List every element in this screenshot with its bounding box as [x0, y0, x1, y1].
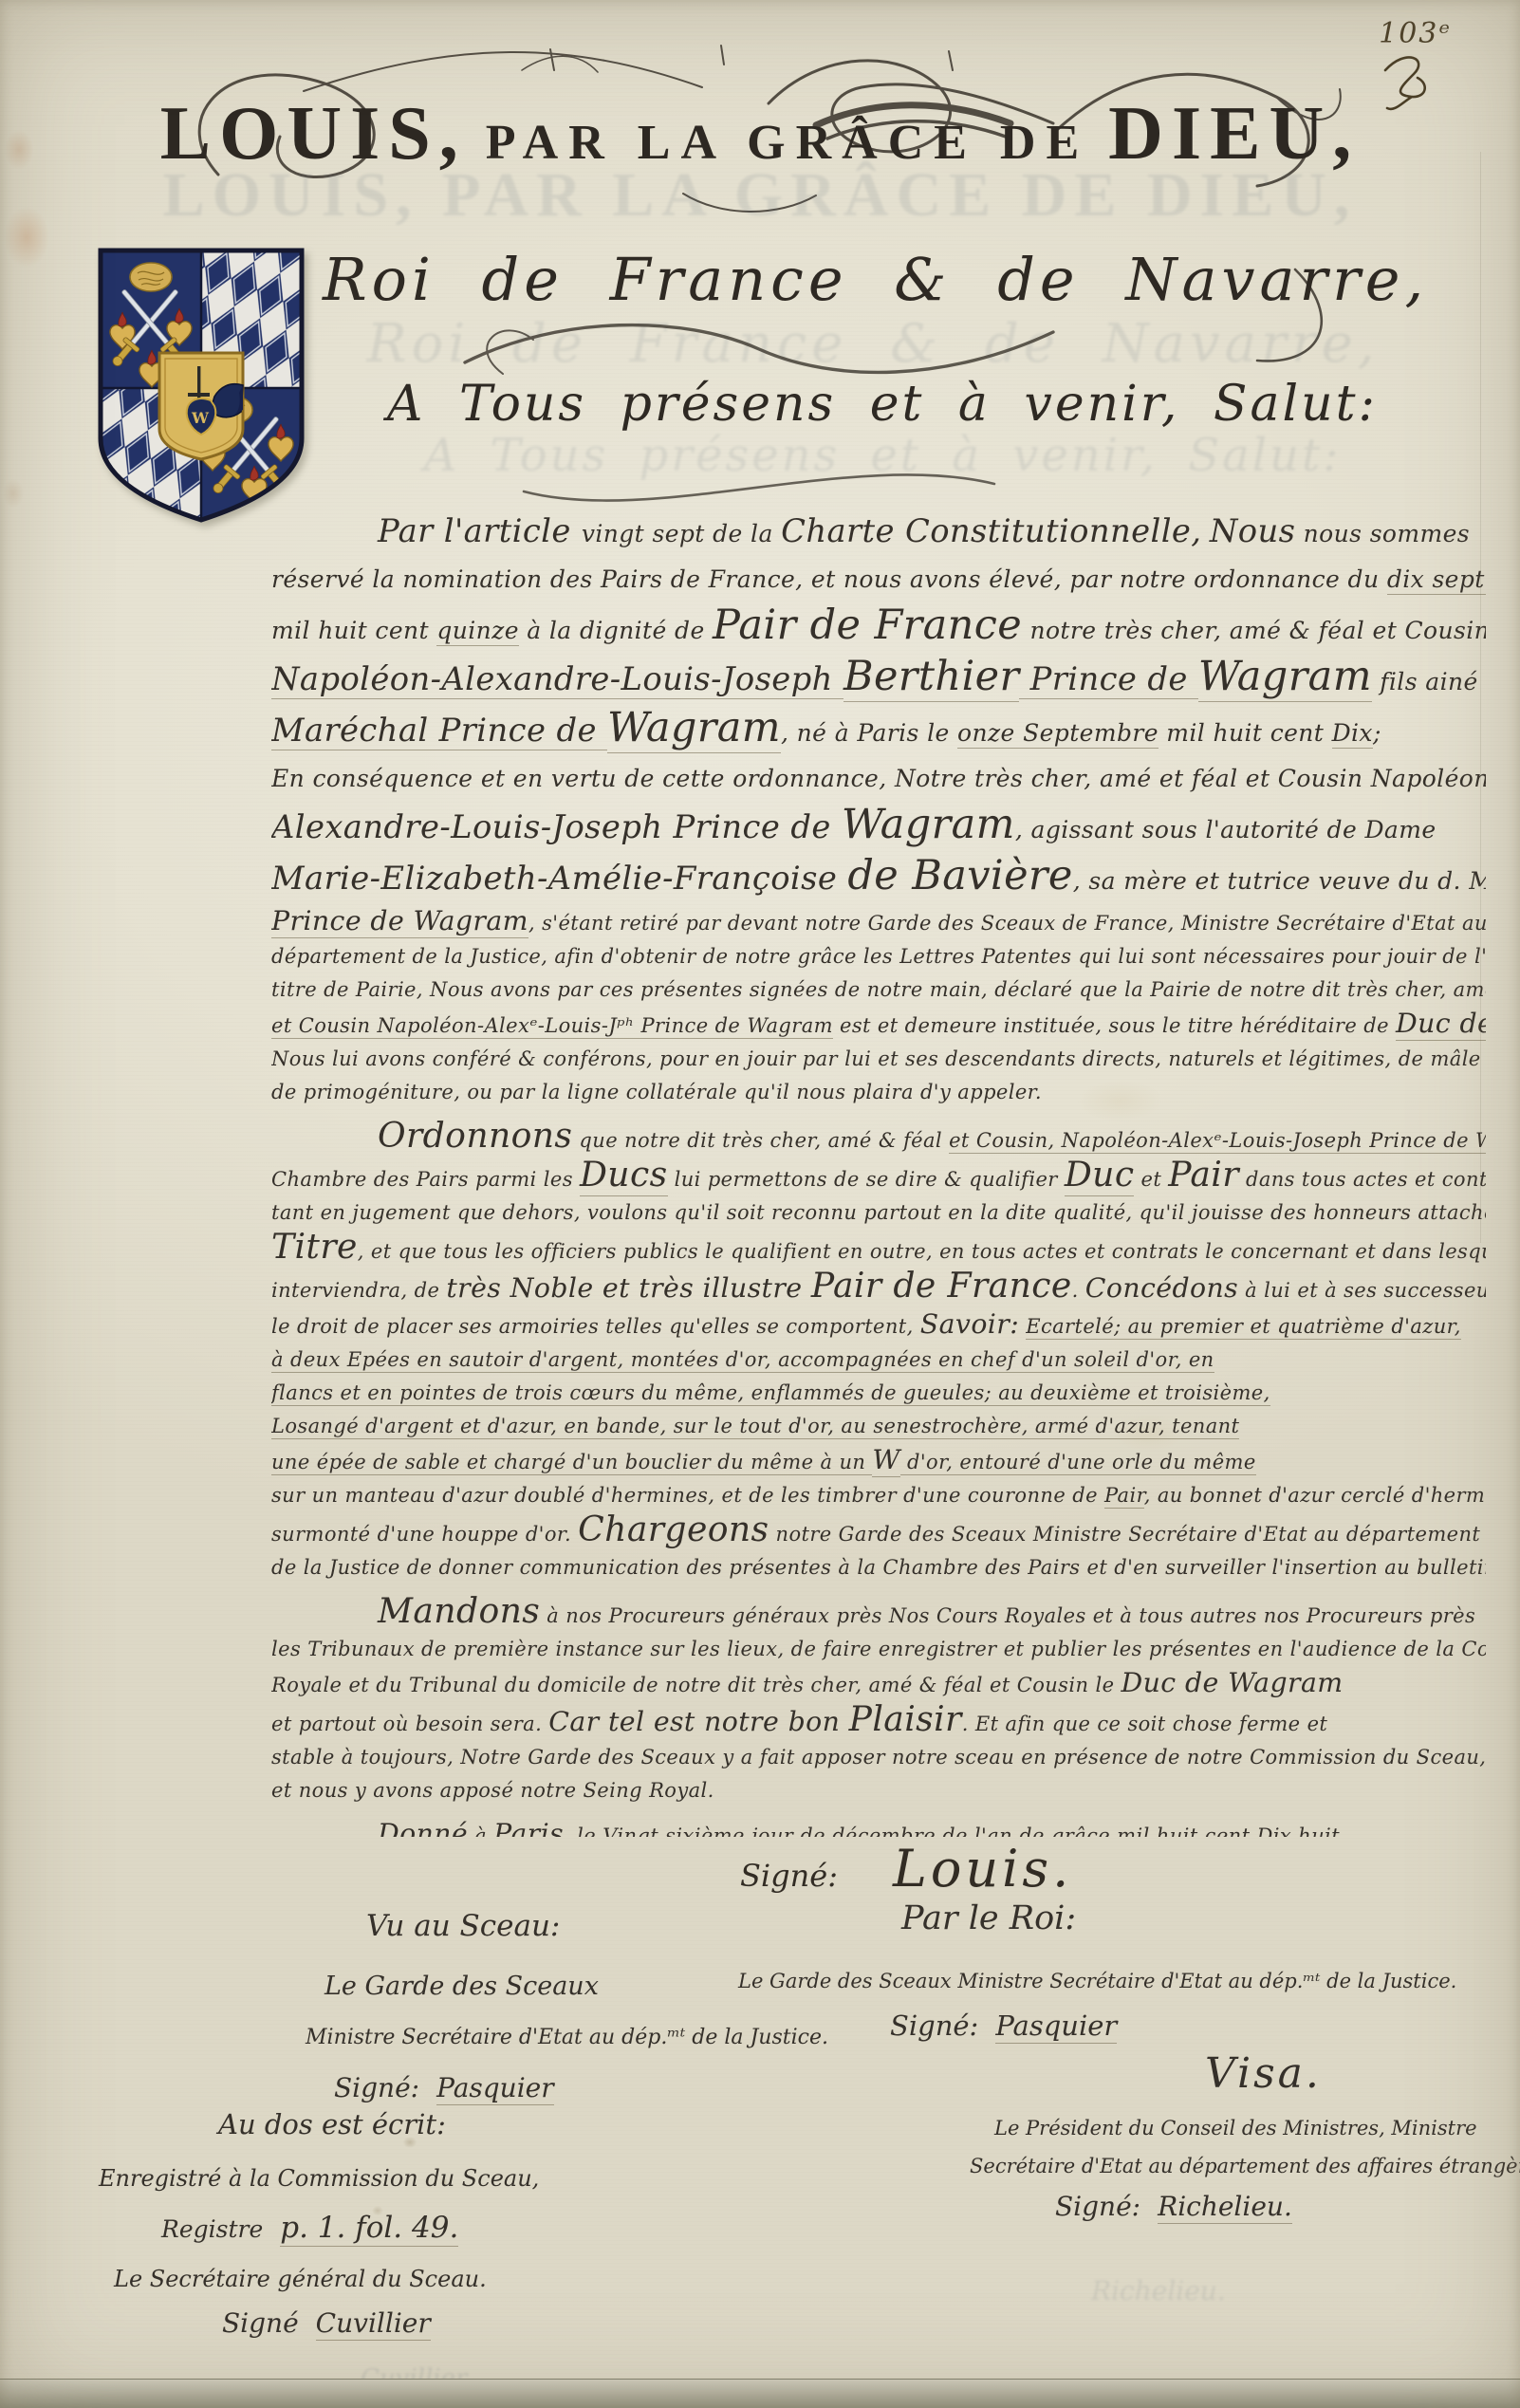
- body-segment: Dix huit: [1256, 1825, 1339, 1837]
- president-conseil-line: Le Président du Conseil des Ministres, M…: [721, 2117, 1499, 2139]
- body-segment: d'or, entouré d'une orle du même: [900, 1451, 1256, 1475]
- title-roi-de-france: Roi de France & de Navarre,: [323, 245, 1423, 314]
- body-segment: de la Justice de donner communication de…: [271, 1556, 1486, 1579]
- body-line: et nous y avons apposé notre Seing Royal…: [271, 1774, 1486, 1807]
- body-segment: Pair: [1104, 1484, 1144, 1509]
- body-segment: , et que tous les officiers publics le q…: [358, 1240, 1486, 1263]
- body-segment: vingt sept de la: [582, 520, 781, 547]
- body-line: sur un manteau d'azur doublé d'hermines,…: [271, 1479, 1486, 1512]
- body-segment: une épée de sable et chargé d'un bouclie…: [271, 1451, 872, 1475]
- secretaire-general-line: Le Secrétaire général du Sceau.: [99, 2266, 649, 2292]
- body-segment: à deux Epées en sautoir d'argent, montée…: [271, 1348, 1214, 1373]
- body-segment: Vingt sixième jour de décembre: [602, 1825, 936, 1837]
- body-segment: Alexandre-Louis-Joseph Prince de: [271, 808, 842, 845]
- body-segment: réservé la nomination des Pairs de Franc…: [271, 565, 1387, 593]
- body-segment: dix sept Août: [1387, 565, 1486, 595]
- coat-of-arms: W: [91, 243, 311, 528]
- body-line: Prince de Wagram, s'étant retiré par dev…: [271, 904, 1486, 940]
- body-segment: et: [1134, 1168, 1168, 1191]
- signed-name-louis: Louis.: [893, 1839, 1072, 1899]
- body-segment: ;: [1373, 719, 1381, 747]
- page-bottom-edge: [0, 2379, 1520, 2408]
- body-line: de primogéniture, ou par la ligne collat…: [271, 1076, 1486, 1109]
- title-word-dieu: DIEU,: [1108, 91, 1360, 177]
- body-line: à deux Epées en sautoir d'argent, montée…: [271, 1343, 1486, 1377]
- body-line: flancs et en pointes de trois cœurs du m…: [271, 1377, 1486, 1410]
- body-line: réservé la nomination des Pairs de Franc…: [271, 557, 1486, 602]
- body-line: Royale et du Tribunal du domicile de not…: [271, 1666, 1486, 1702]
- title-middle: PAR LA GRÂCE DE: [486, 115, 1089, 171]
- body-segment: flancs et en pointes de trois cœurs du m…: [271, 1381, 1270, 1406]
- body-segment: lui permettons de se dire & qualifier: [668, 1168, 1065, 1191]
- registre-line: Registrep. 1. fol. 49.: [99, 2211, 649, 2245]
- body-line: Napoléon-Alexandre-Louis-Joseph Berthier…: [271, 654, 1486, 705]
- signed-richelieu: Signé:Richelieu.: [721, 2191, 1499, 2222]
- body-line: En conséquence et en vertu de cette ordo…: [271, 756, 1486, 802]
- body-segment: , le: [564, 1825, 602, 1837]
- body-segment: En conséquence et en vertu de cette ordo…: [271, 765, 1486, 792]
- body-segment: Nous: [1210, 512, 1296, 549]
- par-le-roi-heading: Par le Roi:: [721, 1899, 1499, 1937]
- svg-text:W: W: [191, 409, 210, 427]
- body-segment: Maréchal Prince de: [271, 712, 607, 750]
- body-segment: Dix: [1332, 719, 1373, 749]
- body-segment: notre Garde des Sceaux Ministre Secrétai…: [769, 1523, 1480, 1546]
- body-segment: . Et afin que ce soit chose ferme et: [962, 1713, 1328, 1735]
- body-segment: mil huit cent: [271, 617, 436, 644]
- body-text: Par l'article vingt sept de la Charte Co…: [271, 509, 1486, 1837]
- body-segment: Donné: [378, 1818, 468, 1837]
- body-segment: Chambre des Pairs parmi les: [271, 1168, 580, 1191]
- body-segment: Ordonnons: [378, 1115, 572, 1156]
- garde-des-sceaux-ministre-line: Le Garde des Sceaux Ministre Secrétaire …: [721, 1970, 1499, 1992]
- body-segment: Duc de Wagram: [1396, 1008, 1486, 1041]
- royal-signature: Signé: Louis.: [740, 1839, 1072, 1899]
- registre-value: p. 1. fol. 49.: [280, 2211, 458, 2247]
- body-segment: quinze: [436, 617, 519, 646]
- au-dos-line: Au dos est écrit:: [99, 2108, 649, 2140]
- body-segment: et nous y avons apposé notre Seing Royal…: [271, 1779, 714, 1802]
- vu-au-sceau-block: Vu au Sceau: Le Garde des Sceaux Ministr…: [285, 1909, 731, 2103]
- body-segment: Chargeons: [578, 1509, 769, 1549]
- body-segment: le droit de placer ses armoiries telles …: [271, 1315, 920, 1338]
- body-line: les Tribunaux de première instance sur l…: [271, 1633, 1486, 1666]
- body-line: Losangé d'argent et d'azur, en bande, su…: [271, 1410, 1486, 1443]
- flourish-ornament-top: [152, 32, 1366, 393]
- body-segment: fils ainé du: [1372, 668, 1486, 695]
- title-salutation: A Tous présens et à venir, Salut:: [342, 376, 1423, 433]
- body-segment: Prince de: [1019, 660, 1197, 699]
- signed-cuvillier: SignéCuvillier: [99, 2307, 649, 2339]
- body-line: tant en jugement que dehors, voulons qu'…: [271, 1196, 1486, 1230]
- body-segment: interviendra, de: [271, 1279, 446, 1302]
- enregistre-line: Enregistré à la Commission du Sceau,: [99, 2165, 649, 2192]
- body-segment: onze Septembre: [957, 719, 1159, 749]
- body-segment: W: [872, 1444, 900, 1477]
- body-segment: Wagram: [1198, 653, 1372, 702]
- body-segment: Duc: [1065, 1154, 1135, 1196]
- body-line: Nous lui avons conféré & conférons, pour…: [271, 1043, 1486, 1076]
- body-line: et Cousin Napoléon-Alexᵉ-Louis-Jᵖʰ Princ…: [271, 1007, 1486, 1043]
- body-segment: Marie-Elizabeth-Amélie-Françoise: [271, 860, 847, 897]
- signed-name: Pasquier: [995, 2010, 1117, 2044]
- body-line: stable à toujours, Notre Garde des Sceau…: [271, 1741, 1486, 1774]
- body-line: mil huit cent quinze à la dignité de Pai…: [271, 602, 1486, 654]
- body-segment: très Noble et très illustre: [446, 1272, 811, 1304]
- body-segment: Car tel est notre bon: [548, 1706, 848, 1737]
- signed-name: Richelieu.: [1158, 2191, 1292, 2224]
- body-line: le droit de placer ses armoiries telles …: [271, 1307, 1486, 1343]
- body-segment: Savoir:: [920, 1308, 1019, 1340]
- body-segment: que notre dit très cher, amé & féal: [572, 1129, 949, 1152]
- body-line: titre de Pairie, Nous avons par ces prés…: [271, 973, 1486, 1007]
- body-segment: Par l'article: [378, 512, 582, 549]
- body-segment: nous sommes: [1295, 520, 1470, 547]
- body-segment: à la dignité de: [519, 617, 713, 644]
- body-segment: Nous lui avons conféré & conférons, pour…: [271, 1047, 1486, 1070]
- body-segment: Wagram: [842, 801, 1015, 848]
- body-line: Alexandre-Louis-Joseph Prince de Wagram,…: [271, 802, 1486, 853]
- body-segment: Royale et du Tribunal du domicile de not…: [271, 1674, 1121, 1696]
- body-segment: tant en jugement que dehors, voulons qu'…: [271, 1201, 1486, 1224]
- vu-au-sceau-heading: Vu au Sceau:: [285, 1909, 731, 1943]
- signed-label: Signé:: [334, 2072, 419, 2103]
- body-segment: Pair de France: [811, 1265, 1072, 1306]
- body-line: Titre, et que tous les officiers publics…: [271, 1230, 1486, 1269]
- body-segment: et Cousin, Napoléon-Alexᵉ-Louis-Joseph P…: [949, 1129, 1486, 1154]
- body-segment: , agissant sous l'autorité de Dame: [1015, 816, 1437, 843]
- title-main: LOUIS, PAR LA GRÂCE DE DIEU,: [0, 91, 1520, 177]
- body-segment: , sa mère et tutrice veuve du d. Marécha…: [1073, 867, 1486, 895]
- signed-name: Cuvillier: [316, 2307, 431, 2341]
- body-segment: sur un manteau d'azur doublé d'hermines,…: [271, 1484, 1104, 1507]
- signed-label: Signé:: [890, 2010, 978, 2042]
- paper-scratch: [1480, 152, 1481, 1243]
- ministre-line: Ministre Secrétaire d'Etat au dép.ᵐᵗ de …: [285, 2026, 731, 2049]
- registration-block: Au dos est écrit: Enregistré à la Commis…: [99, 2108, 649, 2339]
- par-le-roi-block: Par le Roi: Le Garde des Sceaux Ministre…: [721, 1899, 1499, 2222]
- body-line: Ordonnons que notre dit très cher, amé &…: [271, 1119, 1486, 1158]
- body-segment: stable à toujours, Notre Garde des Sceau…: [271, 1746, 1486, 1769]
- body-segment: Napoléon-Alexandre-Louis-Joseph: [271, 660, 843, 699]
- body-segment: Prince de Wagram: [271, 905, 528, 938]
- body-segment: [1201, 520, 1209, 547]
- body-line: Mandons à nos Procureurs généraux près N…: [271, 1594, 1486, 1633]
- body-line: Chambre des Pairs parmi les Ducs lui per…: [271, 1158, 1486, 1196]
- body-segment: .: [1072, 1279, 1085, 1302]
- bleedthrough-line2: Roi de France & de Navarre,: [323, 313, 1423, 375]
- body-segment: Wagram: [607, 704, 781, 753]
- body-segment: Plaisir: [849, 1698, 962, 1739]
- body-segment: Concédons: [1085, 1272, 1238, 1304]
- body-segment: , né à Paris le: [781, 719, 957, 747]
- folio-number: 103ᵉ: [1379, 17, 1452, 50]
- body-segment: Pair de France: [713, 602, 1022, 649]
- body-segment: Losangé d'argent et d'azur, en bande, su…: [271, 1415, 1239, 1439]
- body-segment: et Cousin Napoléon-Alexᵉ-Louis-Jᵖʰ Princ…: [271, 1014, 833, 1039]
- body-line: interviendra, de très Noble et très illu…: [271, 1269, 1486, 1307]
- body-segment: surmonté d'une houppe d'or.: [271, 1523, 578, 1546]
- body-line: et partout où besoin sera. Car tel est n…: [271, 1702, 1486, 1741]
- body-line: Maréchal Prince de Wagram, né à Paris le…: [271, 705, 1486, 756]
- body-line: Marie-Elizabeth-Amélie-Françoise de Bavi…: [271, 853, 1486, 904]
- body-line: département de la Justice, afin d'obteni…: [271, 940, 1486, 973]
- body-segment: et partout où besoin sera.: [271, 1713, 548, 1735]
- bleedthrough-line3: A Tous présens et à venir, Salut:: [342, 429, 1423, 482]
- body-segment: à: [468, 1825, 493, 1837]
- body-segment: Charte Constitutionnelle,: [781, 512, 1201, 549]
- body-segment: Duc de Wagram: [1121, 1667, 1344, 1698]
- body-line: Donné à Paris, le Vingt sixième jour de …: [271, 1817, 1486, 1837]
- signed-label: Signé:: [740, 1858, 838, 1894]
- body-segment: notre très cher, amé & féal et Cousin: [1022, 617, 1486, 644]
- body-line: de la Justice de donner communication de…: [271, 1551, 1486, 1584]
- body-segment: Ducs: [580, 1154, 668, 1196]
- body-line: une épée de sable et chargé d'un bouclie…: [271, 1443, 1486, 1479]
- body-segment: à nos Procureurs généraux près Nos Cours…: [540, 1604, 1475, 1627]
- body-segment: de Bavière: [847, 852, 1072, 899]
- body-segment: Titre: [271, 1226, 358, 1267]
- body-segment: Berthier: [843, 653, 1020, 702]
- signed-pasquier-right: Signé:Pasquier: [721, 2010, 1499, 2042]
- garde-des-sceaux-line: Le Garde des Sceaux: [285, 1972, 731, 2001]
- signed-label: Signé: [222, 2307, 299, 2339]
- body-segment: de primogéniture, ou par la ligne collat…: [271, 1081, 1042, 1103]
- signed-pasquier-left: Signé:Pasquier: [285, 2072, 731, 2103]
- body-segment: , au bonnet d'azur cerclé d'hermines et: [1144, 1484, 1486, 1507]
- body-segment: Ecartelé; au premier et quatrième d'azur…: [1026, 1315, 1461, 1340]
- title-word-louis: LOUIS,: [160, 91, 467, 177]
- body-segment: mil huit cent: [1159, 719, 1332, 747]
- affaires-etrangeres-line: Secrétaire d'Etat au département des aff…: [721, 2155, 1499, 2177]
- registre-label: Registre: [161, 2215, 263, 2243]
- body-segment: est et demeure instituée, sous le titre …: [833, 1014, 1396, 1037]
- bleedthrough-richelieu: Richelieu.: [1091, 2275, 1226, 2306]
- body-segment: dans tous actes et contrats,: [1239, 1168, 1486, 1191]
- body-segment: Mandons: [378, 1590, 540, 1631]
- body-segment: , s'étant retiré par devant notre Garde …: [528, 912, 1486, 935]
- body-segment: de l'an de grâce mil huit cent: [936, 1825, 1256, 1837]
- body-line: Par l'article vingt sept de la Charte Co…: [271, 509, 1486, 557]
- signed-name: Pasquier: [436, 2072, 554, 2105]
- body-segment: titre de Pairie, Nous avons par ces prés…: [271, 978, 1486, 1001]
- body-segment: Paris: [493, 1818, 564, 1837]
- body-line: surmonté d'une houppe d'or. Chargeons no…: [271, 1512, 1486, 1551]
- visa-heading: Visa.: [721, 2049, 1499, 2098]
- body-segment: Pair: [1168, 1154, 1239, 1195]
- body-segment: département de la Justice, afin d'obteni…: [271, 945, 1486, 968]
- document-page: 103ᵉ LOUIS, PAR LA GRÂCE DE DIEU, LOUIS,…: [0, 0, 1520, 2408]
- body-segment: à lui et à ses successeurs: [1238, 1279, 1486, 1302]
- signed-label: Signé:: [1055, 2191, 1140, 2222]
- body-segment: les Tribunaux de première instance sur l…: [271, 1638, 1486, 1660]
